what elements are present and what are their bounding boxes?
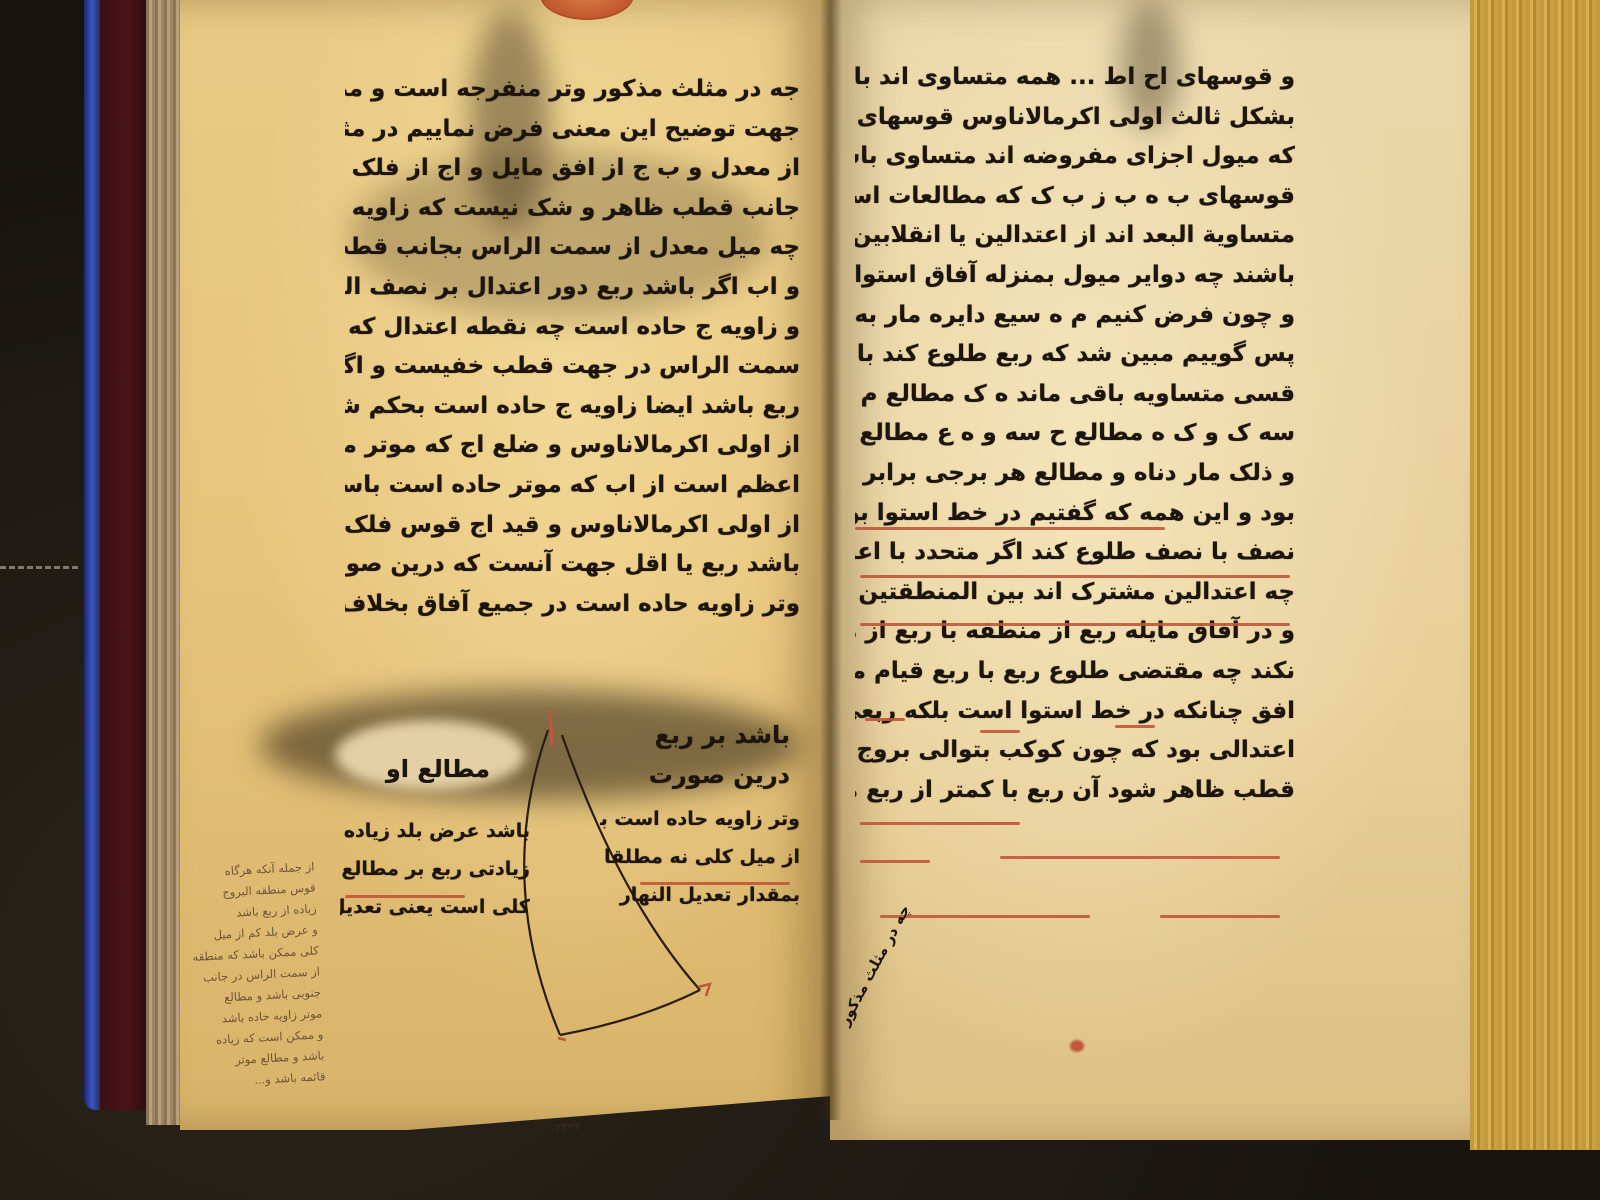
text-line: و زاویه ج حاده است چه نقطه اعتدال که آن … — [345, 308, 800, 348]
margin-annotation: از جمله آنکه هرگاه قوس منطقه البروج زیاد… — [174, 856, 326, 1094]
left-page-main-text: جه در مثلث مذکور وتر منفرجه است و مطالع … — [345, 70, 800, 624]
rubric-underline — [345, 895, 465, 898]
manuscript-photo: جه در مثلث مذکور وتر منفرجه است و مطالع … — [0, 0, 1600, 1200]
rubric-overline — [980, 730, 1020, 733]
text-line: وتر زاویه حاده است در جمیع آفاق بخلاف آن… — [345, 585, 800, 625]
text-line: نصف با نصف طلوع کند اگر متحدد با اعتدالی… — [855, 533, 1295, 573]
text-line: زیادتی ربع بر مطالع — [340, 850, 530, 888]
text-line: و اب اگر باشد ربع دور اعتدال بر نصف النه… — [345, 268, 800, 308]
text-line: پس گوییم مبین شد که ربع طلوع کند با ربع … — [855, 335, 1295, 375]
text-line: از اولی اکرمالاناوس و ضلع اج که موتر منف… — [345, 426, 800, 466]
text-line: و چون فرض کنیم م ه سیع دایره مار به اقطا… — [855, 296, 1295, 336]
rubric-overline — [860, 575, 1290, 578]
text-line: ربع باشد ایضا زاویه ج حاده است بحکم شکل … — [345, 387, 800, 427]
text-line: و ذلک مار دناه و مطالع هر برجی برابر مغا… — [855, 454, 1295, 494]
rubric-underline — [640, 882, 790, 885]
rubric-overline — [860, 860, 930, 863]
text-line: باشد عرض بلد زیاده — [340, 812, 530, 850]
rubric-overline — [880, 915, 1090, 918]
text-line: جهت توضیح این معنی فرض نماییم در مثلث اب… — [345, 110, 800, 150]
text-line: از میل کلی نه مطلقا و آن — [600, 838, 800, 876]
book-cover-red-binding — [100, 0, 148, 1110]
text-line: از معدل و ب ج از افق مایل و اج از فلک ال… — [345, 149, 800, 189]
rubric-overline — [1000, 856, 1280, 859]
text-line: وتر زاویه حاده است بشرط آنکه — [600, 800, 800, 838]
text-line: متساویة البعد اند از اعتدالین یا انقلابی… — [855, 216, 1295, 256]
text-line: باشند چه دوایر میول بمنزله آفاق استوائیه… — [855, 256, 1295, 296]
text-line: کلی است یعنی تعدیل النهار — [340, 888, 530, 926]
page-footer-scribble: ٣٢٢٣ — [555, 1119, 582, 1135]
text-line: سه ک و ک ه مطالع ح سه و ه ع مطالع ح سه م… — [855, 414, 1295, 454]
text-line: سمت الراس در جهت قطب خفیست و اگر اب اقل … — [345, 347, 800, 387]
diagram-adjacent-text-left: باشد عرض بلد زیاده زیادتی ربع بر مطالع ک… — [340, 812, 530, 926]
text-line: افق چنانکه در خط استوا است بلکه ربعی که … — [855, 692, 1295, 732]
rubric-overline — [1160, 915, 1280, 918]
rubric-overline — [1115, 725, 1155, 728]
text-line: جانب قطب ظاهر و شک نیست که زاویه ب منفرج… — [345, 189, 800, 229]
text-line: اعتدالی بود که چون کوکب بتوالی بروج از و… — [855, 731, 1295, 771]
text-line: قطب ظاهر شود آن ربع با کمتر از ربع معدل … — [855, 771, 1295, 811]
text-line: که میول اجزای مفروضه اند متساوی باشد و ه… — [855, 137, 1295, 177]
text-line: از اولی اکرمالاناوس و قید اج قوس فلک الب… — [345, 506, 800, 546]
book-gutter — [820, 0, 842, 1120]
text-line: و در آفاق مایله ربع از منطقه با ربع از م… — [855, 612, 1295, 652]
rubric-overline — [865, 718, 905, 721]
leather-stitch-seam — [0, 566, 80, 569]
text-line: جه در مثلث مذکور وتر منفرجه است و مطالع … — [345, 70, 800, 110]
rubric-overline — [855, 527, 1165, 530]
text-line: و قوسهای اح اط ... همه متساوی اند بالفرض… — [855, 58, 1295, 98]
rubric-overline — [860, 623, 1290, 626]
text-line: بشکل ثالث اولی اکرمالاناوس قوسهای ه و ز … — [855, 98, 1295, 138]
text-line: چه اعتدالین مشترک اند بین المنطقتین بر ت… — [855, 573, 1295, 613]
text-line: مطالع او — [350, 755, 490, 783]
left-page-smudged-text-left: مطالع او — [350, 755, 490, 783]
right-page-stack — [1470, 0, 1600, 1150]
text-line: قسی متساویه باقی ماند ه ک مطالع م ک و ع … — [855, 375, 1295, 415]
text-line: باشد ربع یا اقل جهت آنست که درین صورت مط… — [345, 545, 800, 585]
diagram-adjacent-text-right: وتر زاویه حاده است بشرط آنکه از میل کلی … — [600, 800, 800, 914]
text-line: نکند چه مقتضی طلوع ربع با ربع قیام معدل … — [855, 652, 1295, 692]
right-page-main-text: و قوسهای اح اط ... همه متساوی اند بالفرض… — [855, 58, 1295, 810]
text-line: اعظم است از اب که موتر حاده است باستبانه… — [345, 466, 800, 506]
rubric-overline — [860, 822, 1020, 825]
text-line: قوسهای ب ه ب ز ب ک که مطالعات استوائیه ق… — [855, 177, 1295, 217]
text-line: چه میل معدل از سمت الراس بجانب قطب خفی ا… — [345, 228, 800, 268]
